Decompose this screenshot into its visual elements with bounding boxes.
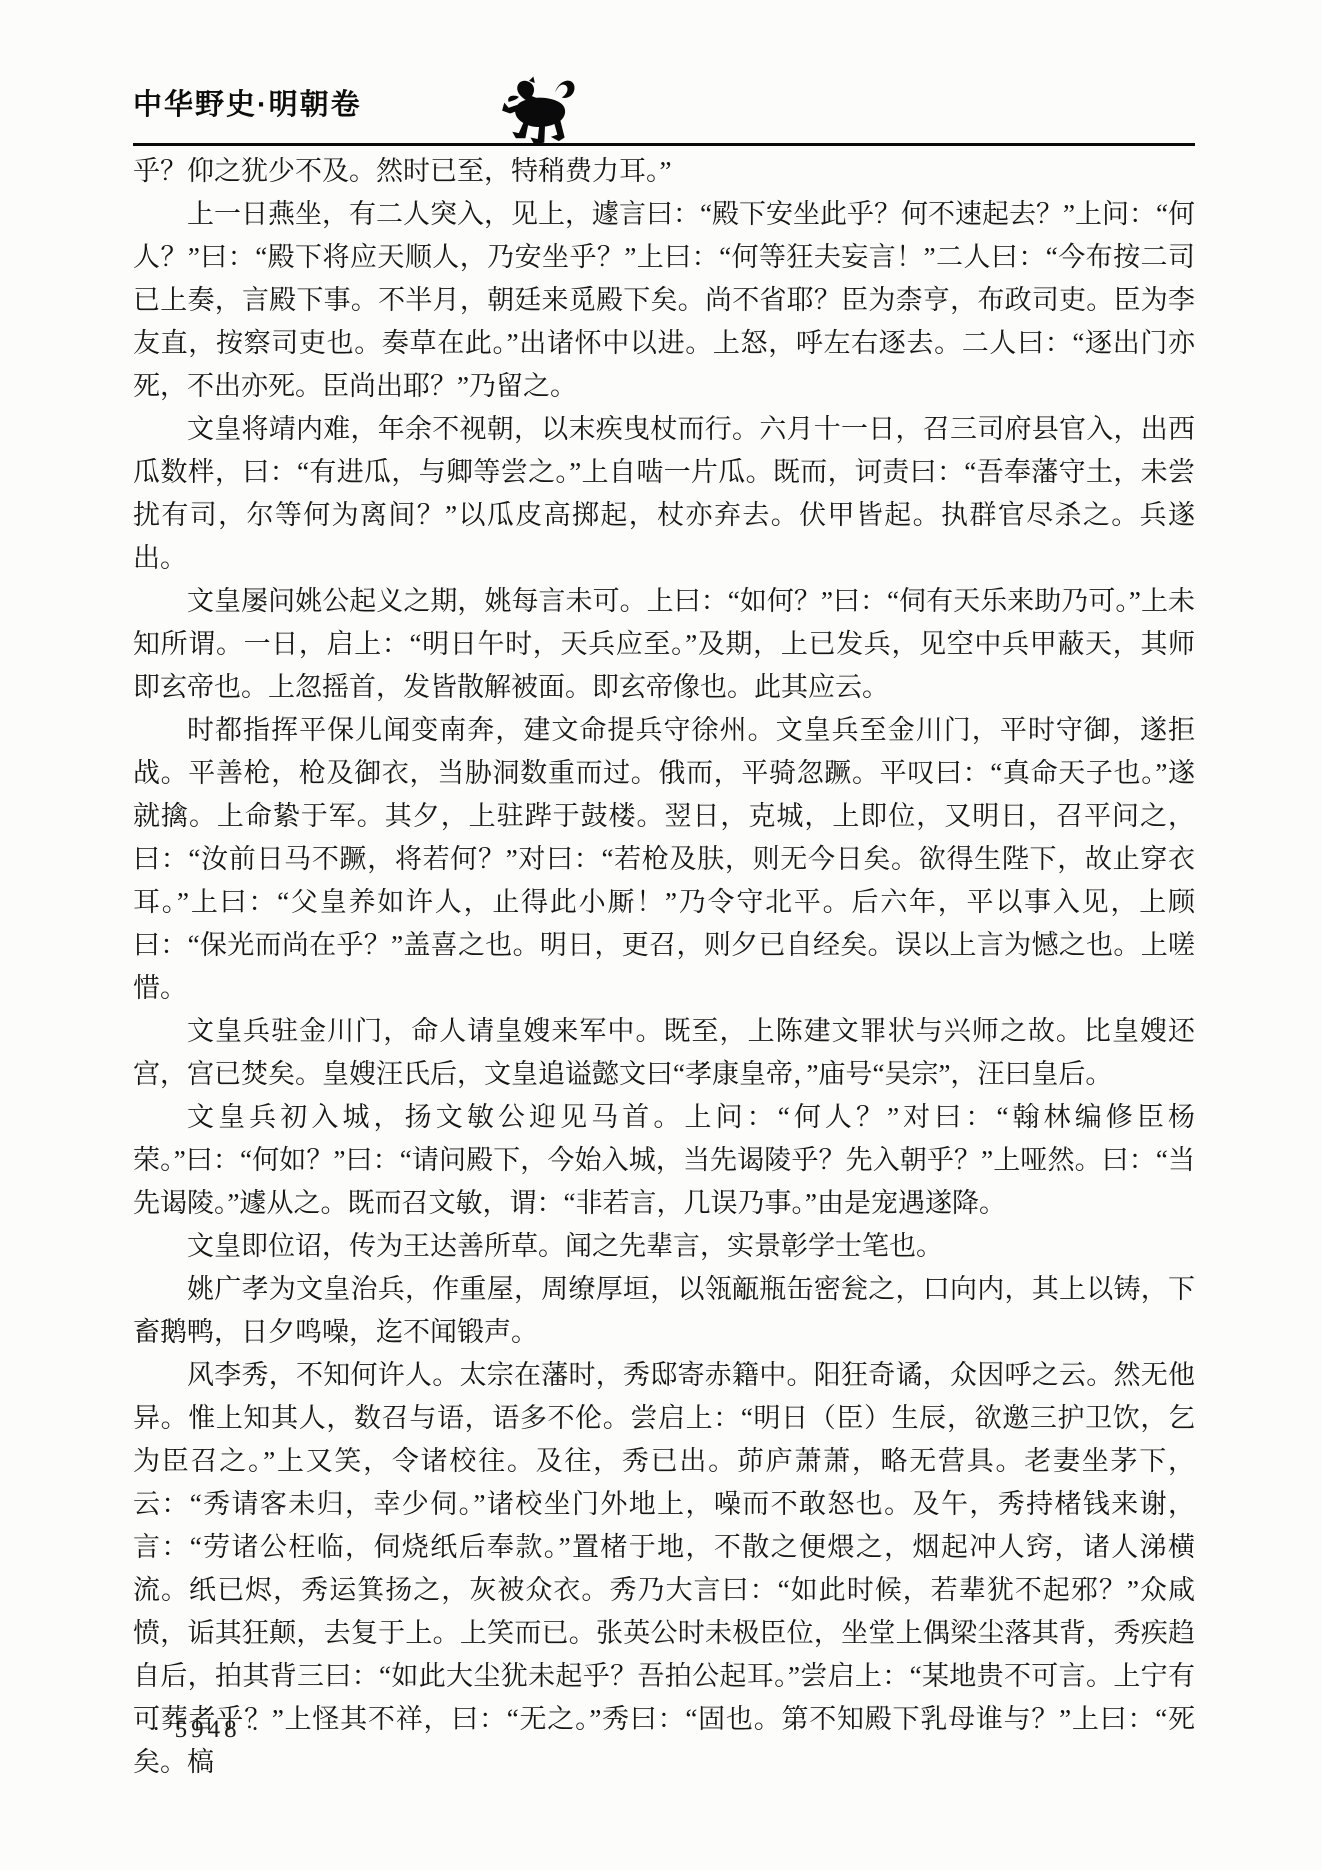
body-text: 乎？仰之犹少不及。然时已至，特稍费力耳。”上一日燕坐，有二人突入，见上，遽言曰：… bbox=[133, 150, 1195, 1784]
paragraph: 时都指挥平保儿闻变南奔，建文命提兵守徐州。文皇兵至金川门，平时守御，遂拒战。平善… bbox=[133, 709, 1195, 1010]
book-title: 中华野史·明朝卷 bbox=[133, 89, 362, 121]
paragraph: 文皇即位诏，传为王达善所草。闻之先辈言，实景彰学士笔也。 bbox=[133, 1225, 1195, 1268]
paragraph: 文皇兵驻金川门，命人请皇嫂来军中。既至，上陈建文罪状与兴师之故。比皇嫂还宫，宫已… bbox=[133, 1010, 1195, 1096]
paragraph: 姚广孝为文皇治兵，作重屋，周缭厚垣，以瓴甋瓶缶密瓮之，口向内，其上以铸，下畜鹅鸭… bbox=[133, 1268, 1195, 1354]
paragraph: 上一日燕坐，有二人突入，见上，遽言曰：“殿下安坐此乎？何不速起去？”上问：“何人… bbox=[133, 193, 1195, 408]
paragraph: 风李秀，不知何许人。太宗在藩时，秀邸寄赤籍中。阳狂奇谲，众因呼之云。然无他异。惟… bbox=[133, 1354, 1195, 1784]
paragraph: 乎？仰之犹少不及。然时已至，特稍费力耳。” bbox=[133, 150, 1195, 193]
paragraph: 文皇将靖内难，年余不视朝，以末疾曳杖而行。六月十一日，召三司府县官入，出西瓜数柈… bbox=[133, 408, 1195, 580]
paragraph: 文皇兵初入城，扬文敏公迎见马首。上问：“何人？”对曰：“翰林编修臣杨荣。”曰：“… bbox=[133, 1096, 1195, 1225]
mythical-beast-icon bbox=[497, 76, 577, 146]
page-number: · 5948 · bbox=[152, 1716, 263, 1744]
header-divider bbox=[133, 143, 1195, 146]
scanned-book-page: 中华野史·明朝卷 bbox=[0, 0, 1322, 1870]
page-header: 中华野史·明朝卷 bbox=[133, 82, 1195, 142]
paragraph: 文皇屡问姚公起义之期，姚每言未可。上曰：“如何？”曰：“伺有天乐来助乃可。”上未… bbox=[133, 580, 1195, 709]
